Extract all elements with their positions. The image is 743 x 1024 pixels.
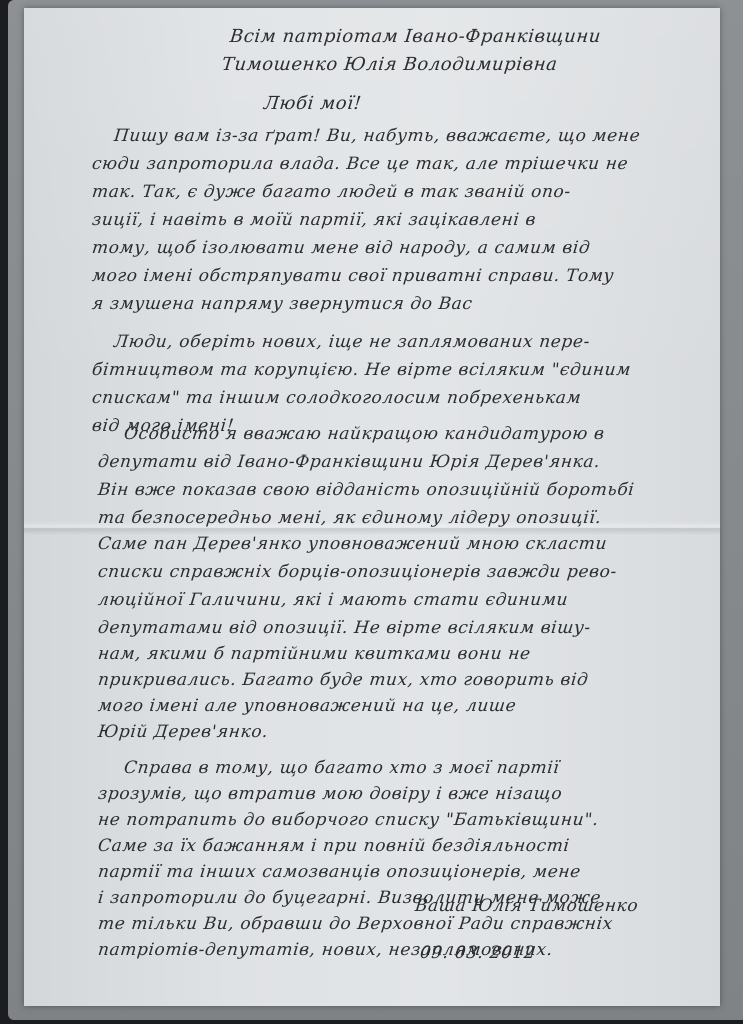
text-line: не потрапить до виборчого списку "Батькі…: [97, 810, 600, 830]
text-line: списки справжніх борців-опозиціонерів за…: [97, 562, 618, 582]
letter-page: Всім патріотам Івано-Франківщини Тимошен…: [24, 8, 720, 1006]
text-line: Він вже показав свою відданість опозицій…: [97, 480, 635, 500]
text-line: Справа в тому, що багато хто з моєї парт…: [123, 758, 560, 778]
text-line: депутатами від опозиції. Не вірте всіляк…: [97, 618, 592, 638]
text-line: Пишу вам із-за ґрат! Ви, набуть, вважаєт…: [113, 126, 641, 146]
text-line: мого імені обстряпувати свої приватні сп…: [91, 266, 615, 286]
text-line: Юрій Дерев'янко.: [97, 722, 269, 742]
text-line: тому, щоб ізолювати мене від народу, а с…: [91, 238, 591, 258]
text-line: нам, якими б партійними квитками вони не: [97, 644, 532, 664]
text-line: я змушена напряму звернутися до Вас: [91, 294, 474, 314]
text-line: та безпосередньо мені, як єдиному лідеру…: [97, 508, 603, 528]
text-line: зрозумів, що втратив мою довіру і вже ні…: [97, 784, 563, 804]
text-line: зиції, і навіть в моїй партії, які зацік…: [91, 210, 537, 230]
text-line: Особисто я вважаю найкращою кандидатурою…: [123, 424, 606, 444]
text-line: мого імені але уповноважений на це, лише: [97, 696, 517, 716]
text-line: депутати від Івано-Франківщини Юрія Дере…: [97, 452, 601, 472]
text-line: Люди, оберіть нових, іще не заплямованих…: [113, 332, 591, 352]
letter-date: 09. 03. 2012: [419, 943, 536, 963]
letter-addressee: Всім патріотам Івано-Франківщини: [229, 26, 602, 47]
letter-signature: Ваша Юлія Тимошенко: [414, 896, 639, 916]
text-line: Саме за їх бажанням і при повній бездіял…: [97, 836, 571, 856]
letter-salutation: Любі мої!: [263, 93, 363, 114]
text-line: прикривались. Багато буде тих, хто говор…: [97, 670, 590, 690]
text-line: бітництвом та корупцією. Не вірте всіляк…: [91, 360, 632, 380]
text-line: сюди запроторила влада. Все це так, але …: [91, 154, 629, 174]
text-line: так. Так, є дуже багато людей в так зван…: [91, 182, 572, 202]
text-line: люційної Галичини, які і мають стати єди…: [97, 590, 569, 610]
text-line: те тільки Ви, обравши до Верховної Ради …: [97, 914, 614, 934]
text-line: Саме пан Дерев'янко уповноважений мною с…: [97, 534, 608, 554]
letter-author-name: Тимошенко Юлія Володимирівна: [221, 54, 559, 75]
text-line: партії та інших самозванців опозиціонері…: [97, 862, 582, 882]
text-line: спискам" та іншим солодкоголосим побрехе…: [91, 388, 582, 408]
